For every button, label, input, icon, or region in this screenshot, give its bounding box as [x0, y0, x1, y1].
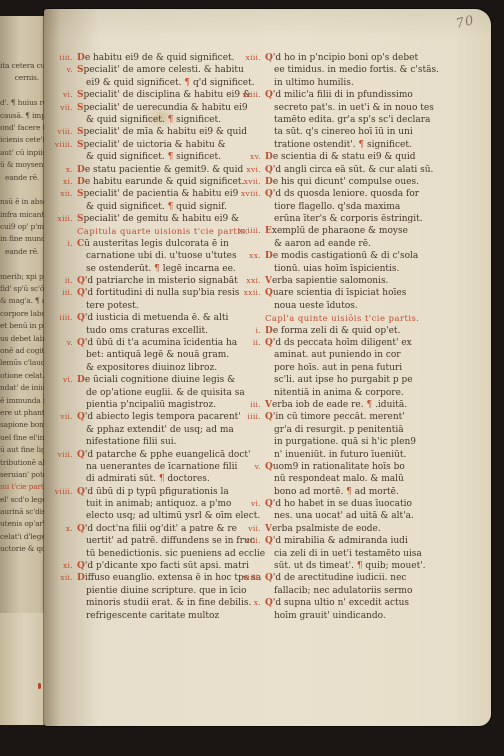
text-line: bet: antiquā legē & nouā gram.: [77, 349, 251, 361]
margin-numeral: xvii.: [238, 176, 261, 188]
paragraph-mark: ¶: [168, 152, 174, 162]
manuscript-photo: ita cetera cum ē.cernis.d'. ¶ huius reic…: [0, 0, 504, 756]
text-line: xviiii.Exemplū de pharaone & moyse: [265, 225, 447, 237]
margin-numeral: iiii.: [50, 312, 73, 324]
fragment-line: icienis cete'is: [0, 134, 44, 146]
text-line: viiii.Q'd ūbū di p typū pfigurationis la: [77, 486, 251, 498]
rubricated-initial: Q: [77, 561, 85, 571]
margin-numeral: xii.: [50, 188, 73, 200]
text-line: tū benedictionis. sic pueniens ad ecclie: [77, 548, 251, 560]
fragment-line: nsū ē in abscōd': [0, 196, 44, 208]
margin-numeral: ii.: [238, 337, 261, 349]
text-line: iii.Verba iob de eade re. ¶ .iduitā.: [265, 399, 447, 411]
fragment-line: tributionē alioz: [0, 457, 44, 469]
fragment-line: cernis.: [0, 72, 44, 84]
margin-numeral: vi.: [50, 374, 73, 386]
text-line: xvi.Q'd angli circa eā sūt. & cur alati …: [265, 164, 447, 176]
fragment-line: fid' sp'ū sc'ō i'sp'ū: [0, 283, 44, 295]
text-line: iiii.Q'd iusticia di metuenda ē. & alti: [77, 312, 251, 324]
fragment-line: aurinā sc'dis aū': [0, 506, 44, 518]
text-line: fallacib; nec adulatoriis sermo: [265, 585, 447, 597]
folio-number: 70: [455, 13, 476, 32]
rubricated-initial: D: [265, 251, 273, 261]
text-line: di admirati sūt. ¶ doctores.: [77, 473, 251, 485]
text-line: xv.De scientia di & statu ei9 & quid: [265, 151, 447, 163]
text-line: tratione ostendit'. ¶ significet.: [265, 139, 447, 151]
margin-numeral: xx.: [238, 250, 261, 262]
rubricated-initial: Q: [265, 165, 273, 175]
text-line: noua ueste īdutos.: [265, 300, 447, 312]
rubricated-initial: Q: [77, 313, 85, 323]
rubric-heading: Capl'a quinte uisiōis t'cie partis.: [265, 312, 447, 324]
text-line: xiii.Specialit' de gemitu & habitu ei9 &: [77, 213, 251, 225]
text-line: vii.Q'd abiecto legis tempora pacarent': [77, 411, 251, 423]
margin-numeral: viiii.: [238, 572, 261, 584]
fragment-line: us debet labo'i: [0, 333, 44, 345]
rubricated-initial: Q: [265, 288, 273, 298]
margin-numeral: xxii.: [238, 287, 261, 299]
paragraph-mark: ¶: [366, 400, 372, 410]
margin-numeral: xiii.: [238, 52, 261, 64]
text-line: de op'atione euglii. & de quisita sa: [77, 387, 251, 399]
margin-numeral: v.: [238, 461, 261, 473]
text-line: tiore flagello. q'sda maxima: [265, 201, 447, 213]
margin-numeral: x.: [50, 164, 73, 176]
margin-numeral: xv.: [238, 151, 261, 163]
margin-numeral: xiii.: [50, 213, 73, 225]
text-line: sc'li. aut ipse ho purgabit p pe: [265, 374, 447, 386]
manuscript-page: 70 iiii.De habitu ei9 de & quid signific…: [44, 9, 491, 726]
text-line: i.De forma zeli di & quid op'et.: [265, 325, 447, 337]
margin-numeral: vii.: [50, 102, 73, 114]
margin-numeral: viiii.: [50, 139, 73, 151]
paragraph-mark: ¶: [25, 111, 30, 120]
text-line: ii.Q'd patriarche in misterio signabāt: [77, 275, 251, 287]
margin-numeral: vi.: [238, 498, 261, 510]
rubricated-initial: Q: [265, 462, 273, 472]
text-line: aminat. aut puniendo in cor: [265, 349, 447, 361]
paragraph-mark: ¶: [357, 561, 363, 571]
rubricated-initial: Q: [265, 573, 273, 583]
text-line: x.De statu pacientie & gemit9. & quid: [77, 164, 251, 176]
fragment-line: causā. ¶ impii: [0, 110, 44, 122]
fragment-line: [0, 85, 44, 97]
fragment-line: ere ut phant': [0, 407, 44, 419]
rubricated-initial: Q: [265, 53, 273, 63]
text-line: xii.Specialit' de pacientia & habitu ei9: [77, 188, 251, 200]
rubricated-initial: S: [77, 90, 84, 100]
fragment-line: cui9 op' p'misis: [0, 221, 44, 233]
text-line: xviii.Q'd ds quosda leniore. quosda for: [265, 188, 447, 200]
text-line: pientia p'ncipaliū magistroz.: [77, 399, 251, 411]
paragraph-mark: ¶: [154, 264, 160, 274]
margin-numeral: viiii.: [50, 486, 73, 498]
red-ink-speck: [38, 683, 41, 689]
margin-numeral: xviiii.: [238, 225, 261, 237]
text-line: viiii.Specialit' de uictoria & habitu &: [77, 139, 251, 151]
text-line: viii.Q'd patarche & pphe euangelicā doct…: [77, 449, 251, 461]
fragment-line: ū aut fine lign': [0, 444, 44, 456]
rubricated-initial: Q: [265, 499, 273, 509]
fragment-line: uel fine el'ingu': [0, 432, 44, 444]
margin-numeral: xiiii.: [238, 89, 261, 101]
text-line: pientie diuine scripture. que in īcio: [77, 585, 251, 597]
fragment-line: in fine mundi: [0, 233, 44, 245]
text-line: nes. una uocat' ad uitā & alt'a.: [265, 510, 447, 522]
text-line: iiii.Q'in cū timore peccāt. merent': [265, 411, 447, 423]
text-line: bono ad mortē. ¶ ad mortē.: [265, 486, 447, 498]
rubricated-initial: D: [77, 177, 85, 187]
text-line: xiiii.Q'd milic'a filii di in pfundissim…: [265, 89, 447, 101]
page-stack-edge: [0, 613, 44, 725]
text-line: pore hoīs. aut in pena futuri: [265, 362, 447, 374]
fragment-line: d'. ¶ huius rei: [0, 97, 44, 109]
text-line: xx.De modis castigationū & di c'sola: [265, 250, 447, 262]
margin-numeral: v.: [50, 337, 73, 349]
text-line: & quid significet. ¶ quid signif.: [77, 201, 251, 213]
text-line: nitentiā in anima & corpore.: [265, 387, 447, 399]
rubricated-initial: S: [77, 65, 84, 75]
fragment-line: el' scd'o lege p'lat': [0, 494, 44, 506]
rubricated-initial: C: [77, 239, 84, 249]
margin-numeral: xi.: [50, 560, 73, 572]
rubricated-initial: Q: [77, 338, 85, 348]
previous-page-text-fragments: ita cetera cum ē.cernis.d'. ¶ huius reic…: [0, 60, 44, 556]
text-line: vi.Q'd ho habet in se duas īuocatio: [265, 498, 447, 510]
margin-numeral: v.: [50, 64, 73, 76]
text-line: carnatione ubi di. u'tuose u'tutes: [77, 250, 251, 262]
margin-numeral: x.: [238, 597, 261, 609]
margin-numeral: i.: [50, 238, 73, 250]
margin-numeral: viii.: [238, 535, 261, 547]
fragment-line: corpore labore': [0, 308, 44, 320]
rubricated-initial: E: [265, 226, 272, 236]
fragment-line: ond' facere in: [0, 122, 44, 134]
text-line: ei9 & quid significet. ¶ q'd significet.: [77, 77, 251, 89]
fragment-line: celat'i d'legent s': [0, 531, 44, 543]
margin-numeral: ii.: [50, 275, 73, 287]
text-line: tere potest.: [77, 300, 251, 312]
text-line: vi.Specialit' de disciplina & habitu ei9…: [77, 89, 251, 101]
rubricated-initial: Q: [77, 450, 85, 460]
rubricated-initial: Q: [77, 276, 85, 286]
text-line: tuit in animab; antiquoz. a p'mo: [77, 498, 251, 510]
text-line: in purgatione. quā si h'ic plen9: [265, 436, 447, 448]
rubricated-initial: Q: [77, 288, 85, 298]
text-line: x.Q'd doct'na filii og'dit' a patre & re: [77, 523, 251, 535]
margin-numeral: viii.: [50, 126, 73, 138]
rubricated-initial: V: [265, 400, 272, 410]
margin-numeral: iiii.: [238, 411, 261, 423]
margin-numeral: i.: [238, 325, 261, 337]
fragment-line: [0, 258, 44, 270]
fragment-line: aut' cū inpiis: [0, 147, 44, 159]
fragment-line: otione celat. ¶: [0, 370, 44, 382]
text-line: n' inueniūt. in futuro īueniūt.: [265, 449, 447, 461]
rubricated-initial: S: [77, 189, 84, 199]
text-line: tionū. uias hoīm īspicientis.: [265, 263, 447, 275]
fragment-line: seruian' potest.: [0, 469, 44, 481]
paragraph-mark: ¶: [35, 296, 40, 305]
fragment-line: eande rē.: [0, 246, 44, 258]
text-line: secreto pat's. in uet'i & in nouo tes: [265, 102, 447, 114]
rubricated-initial: D: [77, 573, 85, 583]
rubricated-initial: D: [77, 53, 85, 63]
text-line: na uenerantes de īcarnatione filii: [77, 461, 251, 473]
rubricated-initial: Q: [265, 189, 273, 199]
text-line: electo usq; ad ultimū ysrl & oīm elect.: [77, 510, 251, 522]
previous-page-edge: ita cetera cum ē.cernis.d'. ¶ huius reic…: [0, 16, 44, 613]
text-line: vii.Specialit' de uerecundia & habitu ei…: [77, 102, 251, 114]
fragment-line: utenis op'ar' in s'li: [0, 518, 44, 530]
rubricated-initial: D: [77, 375, 85, 385]
fragment-line: ū & moysen sic': [0, 159, 44, 171]
text-line: & quid significet. ¶ significet.: [77, 151, 251, 163]
rubricated-initial: Q: [77, 412, 85, 422]
text-line: & quid significet. ¶ significet.: [77, 114, 251, 126]
fragment-line: [0, 184, 44, 196]
text-line: tudo oms craturas excellit.: [77, 325, 251, 337]
fragment-line: et benū in psal': [0, 320, 44, 332]
text-line: gr'a di resurgit. p penitentiā: [265, 424, 447, 436]
text-line: xi.De habitu earunde & quid significet.: [77, 176, 251, 188]
rubricated-initial: Q: [265, 598, 273, 608]
rubricated-initial: D: [265, 152, 273, 162]
text-line: cia zeli di in uet'i testamēto uisa: [265, 548, 447, 560]
text-line: xxii.Quare scientia di īspiciat hoīes: [265, 287, 447, 299]
text-line: in ultimo humilis.: [265, 77, 447, 89]
fragment-line: onē ad cogita': [0, 345, 44, 357]
margin-numeral: x.: [50, 523, 73, 535]
rubric-heading: mi t'cie partis: [0, 481, 44, 493]
text-line: ee timidus. in medio fortis. & c'stās.: [265, 64, 447, 76]
margin-numeral: vii.: [238, 523, 261, 535]
text-line: x.Q'd supna ultio n' excedit actus: [265, 597, 447, 609]
rubricated-initial: S: [77, 140, 84, 150]
paragraph-mark: ¶: [168, 202, 174, 212]
text-line: viii.Specialit' de mīa & habitu ei9 & qu…: [77, 126, 251, 138]
text-line: xiii.Q'd ho in p'ncipio boni op's debet: [265, 52, 447, 64]
rubricated-initial: Q: [265, 90, 273, 100]
text-line: vii.Verba psalmiste de eode.: [265, 523, 447, 535]
text-line: hoīm grauit' uindicando.: [265, 610, 447, 622]
fragment-line: merib; xpi pecca': [0, 271, 44, 283]
text-line: uertit' ad patrē. diffundens se in fruc: [77, 535, 251, 547]
paragraph-mark: ¶: [346, 487, 352, 497]
rubricated-initial: Q: [77, 524, 85, 534]
rubric-heading: Capitula quarte uisionis t'cie partis.: [77, 225, 251, 237]
fragment-line: eande rē.: [0, 172, 44, 184]
text-line: ii.Q'd ds peccata hoīm diligent' ex: [265, 337, 447, 349]
fragment-line: uctorie & qd' lege: [0, 543, 44, 555]
text-line: ta sūt. q's cinereo hoī īū in uni: [265, 126, 447, 138]
text-line: xvii.De his qui dicunt' compulse oues.: [265, 176, 447, 188]
rubricated-initial: D: [77, 165, 85, 175]
fragment-line: infra micantes: [0, 209, 44, 221]
text-line: viii.Q'd mirabilia & admiranda iudi: [265, 535, 447, 547]
rubricated-initial: Q: [265, 338, 273, 348]
text-line: nū respondeat malo. & malū: [265, 473, 447, 485]
margin-numeral: xxi.: [238, 275, 261, 287]
text-line: iiii.De habitu ei9 de & quid significet.: [77, 52, 251, 64]
rubricated-initial: Q: [265, 412, 273, 422]
paragraph-mark: ¶: [11, 98, 16, 107]
rubricated-initial: D: [265, 177, 273, 187]
text-line: v.Q'd ūbū di t'a acumina īcidentia ha: [77, 337, 251, 349]
fragment-line: ita cetera cum ē.: [0, 60, 44, 72]
paragraph-mark: ¶: [168, 115, 174, 125]
rubricated-initial: Q: [265, 536, 273, 546]
text-line: nifestatione filii sui.: [77, 436, 251, 448]
margin-numeral: xi.: [50, 176, 73, 188]
fragment-line: & mag'a. ¶ adice: [0, 295, 44, 307]
rubricated-initial: V: [265, 524, 272, 534]
fragment-line: ndat' de iniur': [0, 382, 44, 394]
text-line: sūt. ut ds timeat'. ¶ quib; mouet'.: [265, 560, 447, 572]
fragment-line: lemūs c'laudā': [0, 357, 44, 369]
rubricated-initial: S: [77, 127, 84, 137]
paragraph-mark: ¶: [159, 474, 165, 484]
paragraph-mark: ¶: [184, 78, 190, 88]
rubricated-initial: V: [265, 276, 272, 286]
text-line: & pphaz extendit' de usq; ad ma: [77, 424, 251, 436]
text-line: xxi.Verba sapientie salomonis.: [265, 275, 447, 287]
margin-numeral: xii.: [50, 572, 73, 584]
margin-numeral: iii.: [238, 399, 261, 411]
text-line: viiii.Q'd de arectitudine iudicii. nec: [265, 572, 447, 584]
margin-numeral: iii.: [50, 287, 73, 299]
margin-numeral: xviii.: [238, 188, 261, 200]
text-line: se ostenderūt. ¶ legē incarna ee.: [77, 263, 251, 275]
right-column: xiii.Q'd ho in p'ncipio boni op's debete…: [265, 52, 447, 622]
rubricated-initial: D: [265, 326, 273, 336]
text-line: i.Cū austeritas legis dulcorata ē in: [77, 238, 251, 250]
fragment-line: sapione bonū: [0, 419, 44, 431]
text-line: erūna īter's & corporis ēstringit.: [265, 213, 447, 225]
text-line: minoris studii erat. & in fine debilis.: [77, 597, 251, 609]
text-line: tamēto edita. gr'a sp's sc'i declara: [265, 114, 447, 126]
text-line: iii.Q'd fortitudini di nulla sup'bia res…: [77, 287, 251, 299]
margin-numeral: viii.: [50, 449, 73, 461]
margin-numeral: iiii.: [50, 52, 73, 64]
text-line: refrigescente caritate multoz: [77, 610, 251, 622]
fragment-line: ē immunda i'fe': [0, 395, 44, 407]
margin-numeral: xvi.: [238, 164, 261, 176]
rubricated-initial: Q: [77, 487, 85, 497]
margin-numeral: vii.: [50, 411, 73, 423]
rubricated-initial: S: [77, 103, 84, 113]
margin-numeral: vi.: [50, 89, 73, 101]
rubricated-initial: S: [77, 214, 84, 224]
text-line: & expositores diuinoz libroz.: [77, 362, 251, 374]
left-column: iiii.De habitu ei9 de & quid significet.…: [77, 52, 251, 622]
text-line: v.Quom9 in rationalitate hoīs bo: [265, 461, 447, 473]
paragraph-mark: ¶: [358, 140, 364, 150]
text-line: xi.Q'd p'dicante xpo facti sūt apsi. mat…: [77, 560, 251, 572]
text-line: vi.De ūciali cognitione diuine legis &: [77, 374, 251, 386]
text-line: xii.Diffuso euanglio. extensa ē in hoc t…: [77, 572, 251, 584]
text-line: v.Specialit' de amore celesti. & habitu: [77, 64, 251, 76]
text-line: & aaron ad eande rē.: [265, 238, 447, 250]
